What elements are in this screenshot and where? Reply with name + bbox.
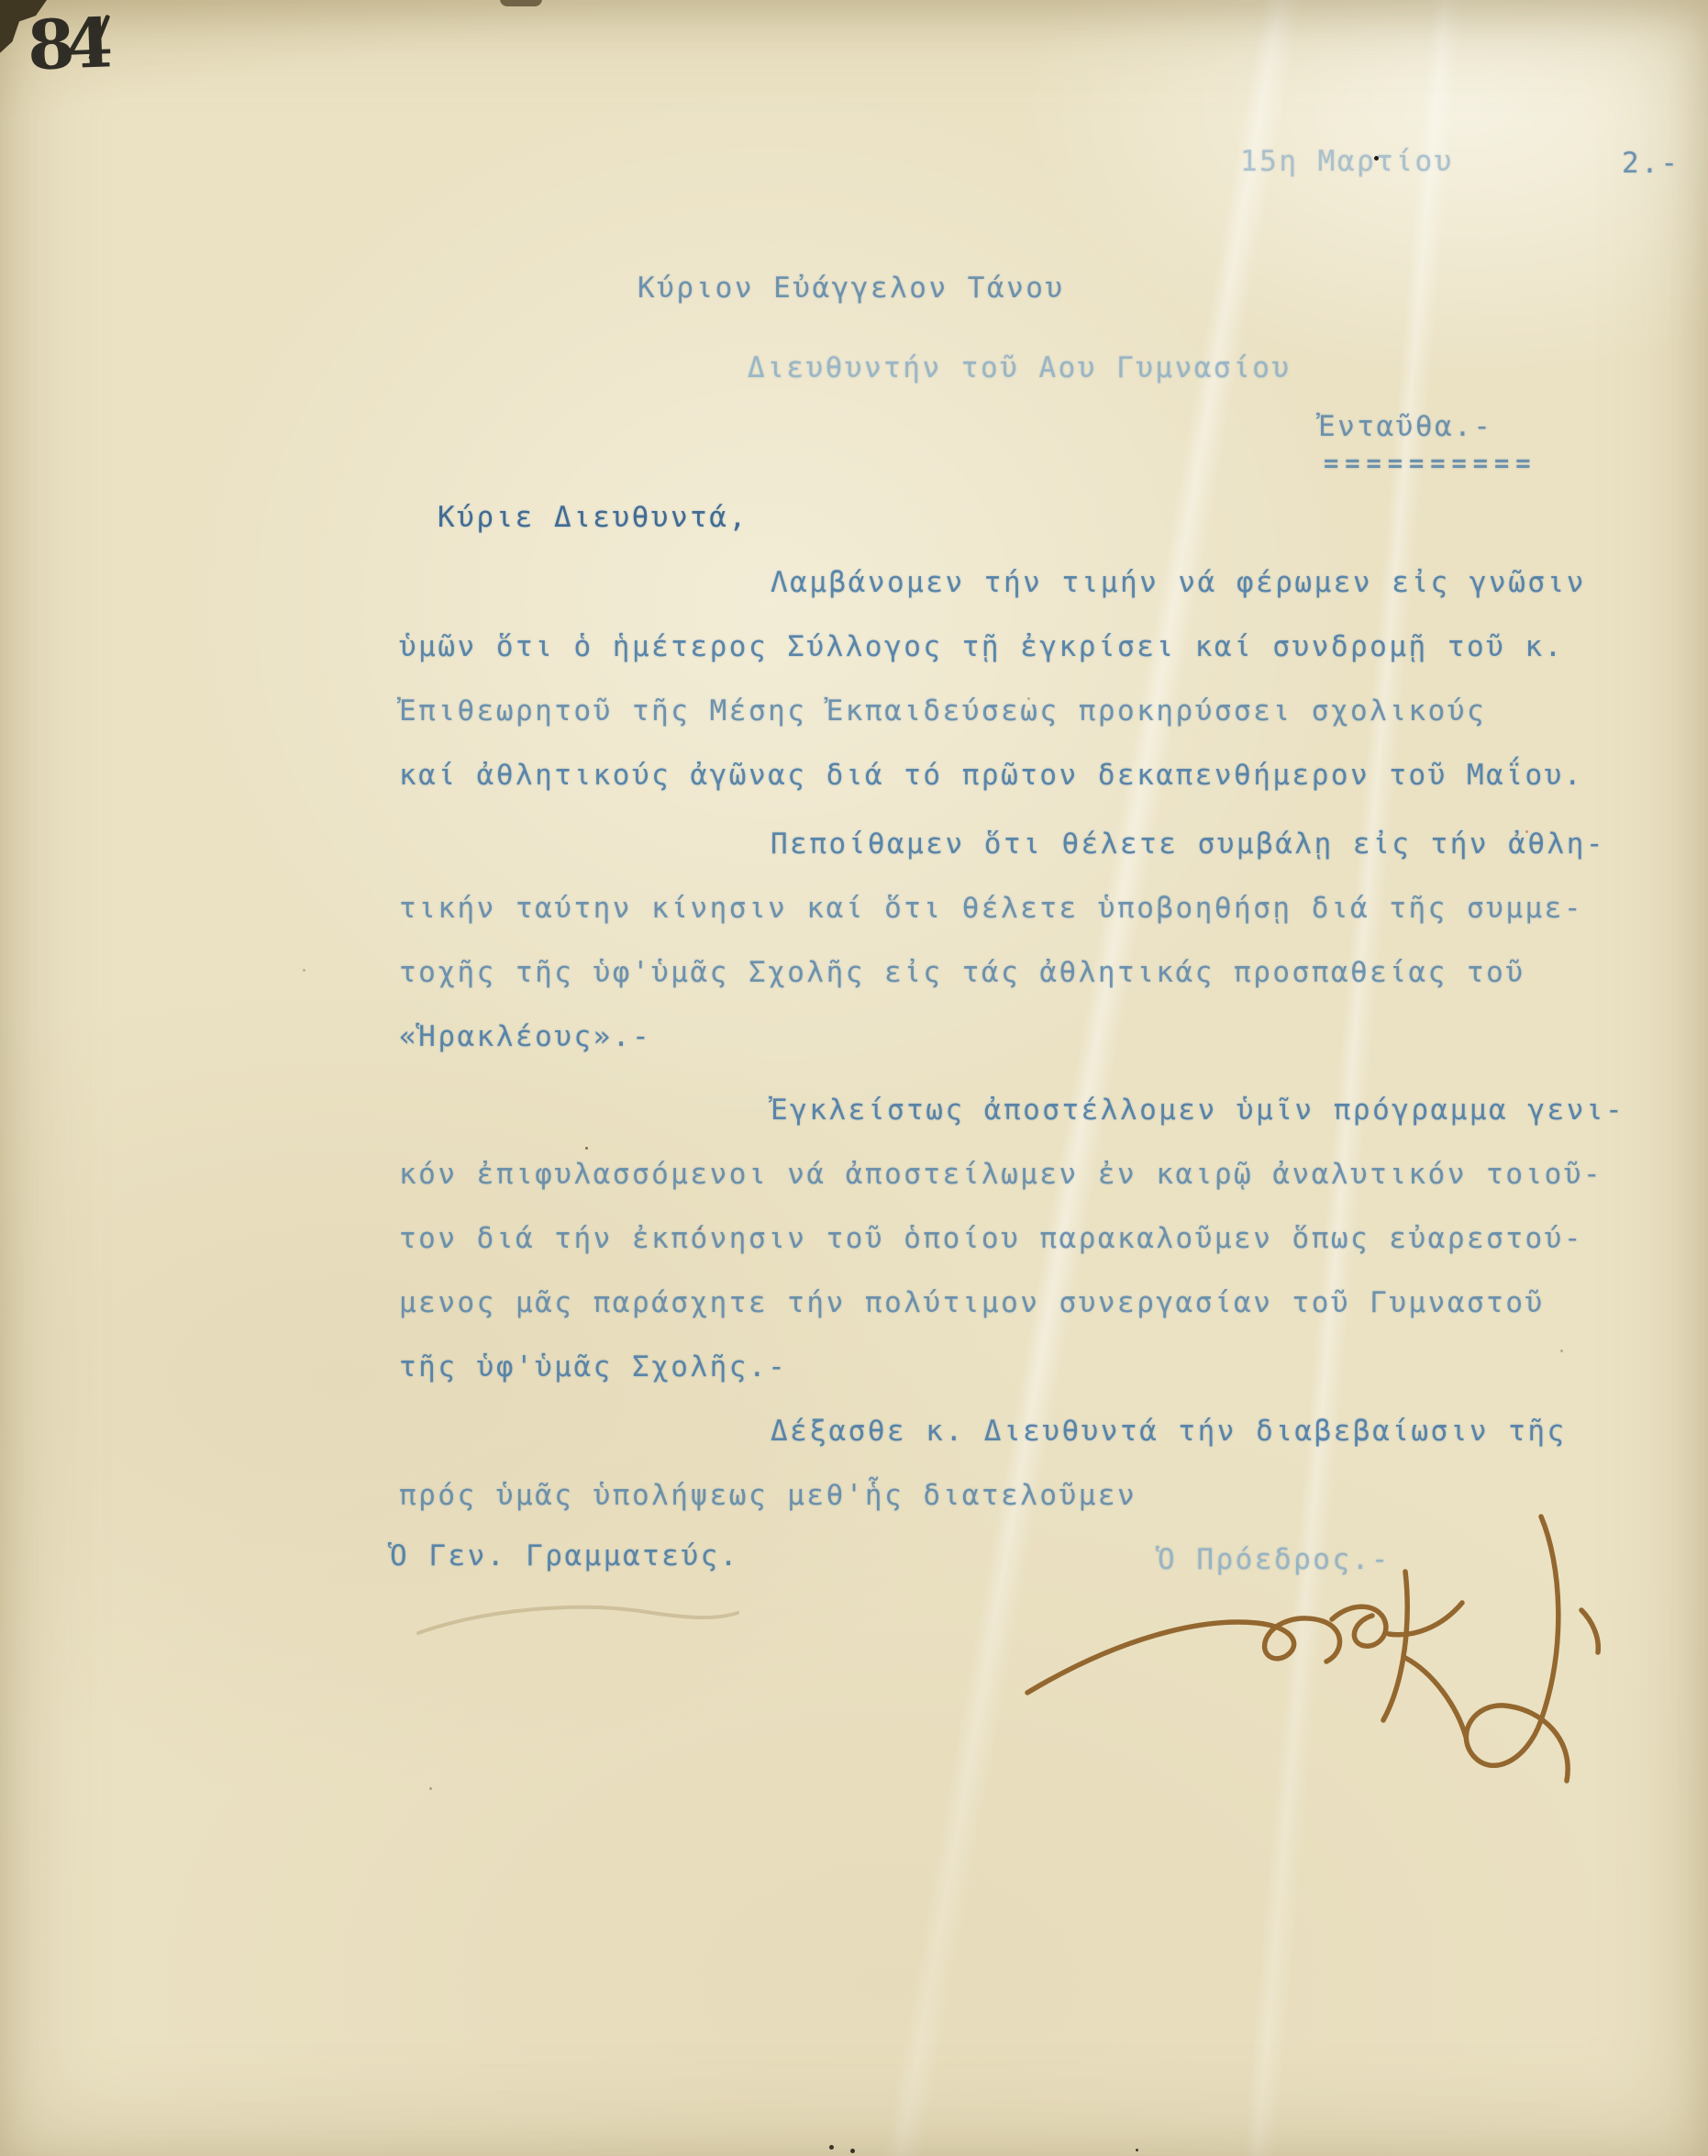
location-underline: ========== <box>1324 450 1537 478</box>
salutation: Κύριε Διευθυντά, <box>438 501 749 534</box>
letter-line: ὑμῶν ὅτι ὁ ἡμέτερος Σύλλογος τῇ ἐγκρίσει… <box>399 615 1628 679</box>
date-year-fragment: 2.- <box>1622 147 1680 180</box>
letter-line: Πεποίθαμεν ὅτι θέλετε συμβάλῃ εἰς τήν ἀθ… <box>399 812 1628 876</box>
letter-line: καί ἀθλητικούς ἀγῶνας διά τό πρῶτον δεκα… <box>399 743 1628 807</box>
date-text: 15η Μαρτίου <box>1240 145 1454 178</box>
archive-number-stamp: 84 <box>27 5 105 86</box>
letter-line: Λαμβάνομεν τήν τιμήν νά φέρωμεν εἰς γνῶσ… <box>399 550 1628 615</box>
letter-line: τοχῆς τῆς ὑφ'ὑμᾶς Σχολῆς εἰς τάς ἀθλητικ… <box>399 940 1628 1005</box>
recipient-title: Διευθυντήν τοῦ Αου Γυμνασίου <box>748 351 1292 384</box>
scanned-letter-page: 84 15η Μαρτίου 2.- Κύριον Εὐάγγελον Τάνο… <box>0 0 1708 2156</box>
handwritten-signature <box>991 1500 1669 1803</box>
recipient-name: Κύριον Εὐάγγελον Τάνου <box>638 272 1065 305</box>
letter-line: Ἐπιθεωρητοῦ τῆς Μέσης Ἐκπαιδεύσεως προκη… <box>399 679 1628 743</box>
letter-line: τῆς ὑφ'ὑμᾶς Σχολῆς.- <box>399 1335 1628 1399</box>
letter-line: τον διά τήν ἐκπόνησιν τοῦ ὁποίου παρακαλ… <box>399 1206 1628 1271</box>
paragraph-1: Λαμβάνομεν τήν τιμήν νά φέρωμεν εἰς γνῶσ… <box>399 550 1628 807</box>
paragraph-3: Ἐγκλείστως ἀποστέλλομεν ὑμῖν πρόγραμμα γ… <box>399 1078 1628 1399</box>
letter-line: τικήν ταύτην κίνησιν καί ὅτι θέλετε ὑποβ… <box>399 876 1628 940</box>
letter-line: Δέξασθε κ. Διευθυντά τήν διαβεβαίωσιν τῆ… <box>399 1399 1628 1463</box>
paper-edge-nick <box>500 0 542 6</box>
letter-line: Ἐγκλείστως ἀποστέλλομεν ὑμῖν πρόγραμμα γ… <box>399 1078 1628 1142</box>
paragraph-2: Πεποίθαμεν ὅτι θέλετε συμβάλῃ εἰς τήν ἀθ… <box>399 812 1628 1069</box>
paper-speckles <box>0 0 3 3</box>
letter-line: μενος μᾶς παράσχητε τήν πολύτιμον συνεργ… <box>399 1271 1628 1335</box>
pencil-scribble <box>411 1595 750 1650</box>
secretary-role-label: Ὁ Γεν. Γραμματεύς. <box>390 1539 739 1573</box>
recipient-location: Ἐνταῦθα.- <box>1318 410 1492 443</box>
letter-line: «Ἡρακλέους».- <box>399 1005 1628 1069</box>
letter-line: κόν ἐπιφυλασσόμενοι νά ἀποστείλωμεν ἐν κ… <box>399 1142 1628 1206</box>
